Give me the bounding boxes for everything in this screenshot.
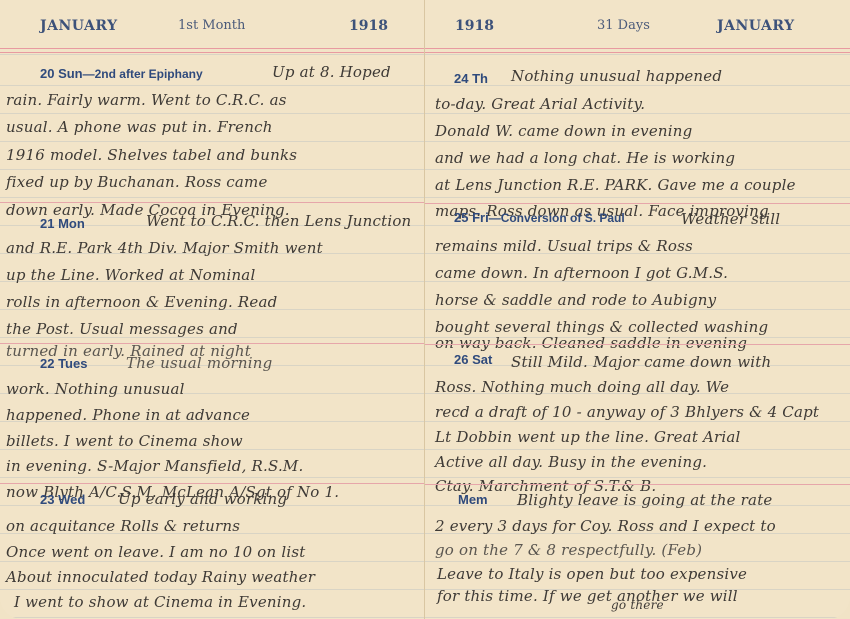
entry-line: at Lens Junction R.E. PARK. Gave me a co… bbox=[435, 171, 796, 199]
entry-line: up the Line. Worked at Nominal bbox=[6, 261, 255, 289]
day-divider bbox=[0, 483, 424, 484]
day-label-24: 24 Th bbox=[454, 71, 488, 86]
day-number: 24 Th bbox=[454, 71, 488, 86]
header-year: 1918 bbox=[349, 18, 388, 34]
entry-line: on acquitance Rolls & returns bbox=[6, 512, 240, 540]
entry-line: and R.E. Park 4th Div. Major Smith went bbox=[6, 234, 323, 262]
entry-line: usual. A phone was put in. French bbox=[6, 113, 273, 141]
entry-line: fixed up by Buchanan. Ross came bbox=[6, 168, 268, 196]
entry-line: happened. Phone in at advance bbox=[6, 401, 250, 429]
right-page: 1918 31 Days JANUARY 24 Th Nothing unusu… bbox=[425, 0, 850, 619]
entry-line: in evening. S-Major Mansfield, R.S.M. bbox=[6, 452, 303, 480]
day-divider bbox=[425, 344, 850, 345]
entry-line: rolls in afternoon & Evening. Read bbox=[6, 288, 277, 316]
entry-line: Weather still bbox=[681, 205, 780, 233]
day-label-25: 25 Fri—Conversion of S. Paul bbox=[454, 210, 625, 225]
day-label-20: 20 Sun—2nd after Epiphany bbox=[40, 66, 203, 81]
entry-line: Lt Dobbin went up the line. Great Arial bbox=[435, 423, 741, 451]
entry-line: rain. Fairly warm. Went to C.R.C. as bbox=[6, 86, 287, 114]
entry-line: Ross. Nothing much doing all day. We bbox=[435, 373, 729, 401]
entry-line: work. Nothing unusual bbox=[6, 375, 185, 403]
entry-line: came down. In afternoon I got G.M.S. bbox=[435, 259, 728, 287]
header-double-rule bbox=[425, 48, 850, 53]
entry-line: Donald W. came down in evening bbox=[435, 117, 692, 145]
left-page: JANUARY 1st Month 1918 20 Sun—2nd after … bbox=[0, 0, 425, 619]
memo-label: Mem bbox=[458, 492, 488, 507]
left-page-header: JANUARY 1st Month 1918 bbox=[0, 0, 424, 50]
day-divider bbox=[0, 202, 424, 203]
entry-line: horse & saddle and rode to Aubigny bbox=[435, 286, 716, 314]
day-number: 23 Wed bbox=[40, 492, 85, 507]
day-label-23: 23 Wed bbox=[40, 492, 85, 507]
entry-line: for this time. If we get another we will bbox=[437, 582, 738, 610]
entry-line: Up at 8. Hoped bbox=[272, 58, 391, 86]
entry-line: and we had a long chat. He is working bbox=[435, 144, 735, 172]
header-year: 1918 bbox=[455, 18, 494, 34]
day-label-22: 22 Tues bbox=[40, 356, 87, 371]
entry-line: 1916 model. Shelves tabel and bunks bbox=[6, 141, 297, 169]
header-month: JANUARY bbox=[717, 18, 795, 34]
feast-day: —2nd after Epiphany bbox=[83, 67, 203, 81]
entry-line: Nothing unusual happened bbox=[511, 62, 722, 90]
entry-line: billets. I went to Cinema show bbox=[6, 427, 243, 455]
day-number: 21 Mon bbox=[40, 216, 85, 231]
day-number: 22 Tues bbox=[40, 356, 87, 371]
entry-line: The usual morning bbox=[126, 349, 272, 377]
header-month: JANUARY bbox=[40, 18, 118, 34]
entry-line: Went to C.R.C. then Lens Junction bbox=[146, 207, 411, 235]
header-double-rule bbox=[0, 48, 424, 53]
day-number: 25 Fri bbox=[454, 210, 489, 225]
day-label-26: 26 Sat bbox=[454, 352, 492, 367]
entry-line: remains mild. Usual trips & Ross bbox=[435, 232, 693, 260]
day-divider bbox=[0, 343, 424, 344]
day-label-21: 21 Mon bbox=[40, 216, 85, 231]
entry-line: Once went on leave. I am no 10 on list bbox=[6, 538, 305, 566]
right-page-header: 1918 31 Days JANUARY bbox=[425, 0, 850, 50]
entry-line: Up early and working bbox=[118, 485, 287, 513]
day-number: 20 Sun bbox=[40, 66, 83, 81]
entry-line: Still Mild. Major came down with bbox=[511, 348, 771, 376]
day-divider bbox=[425, 484, 850, 485]
entry-line: Blighty leave is going at the rate bbox=[517, 486, 773, 514]
memo-heading: Mem bbox=[458, 492, 488, 507]
header-month-number: 1st Month bbox=[178, 18, 245, 33]
entry-line: go there bbox=[611, 596, 664, 614]
entry-line: to-day. Great Arial Activity. bbox=[435, 90, 645, 118]
entry-line: recd a draft of 10 - anyway of 3 Bhlyers… bbox=[435, 398, 819, 426]
day-divider bbox=[425, 203, 850, 204]
entry-line: About innoculated today Rainy weather bbox=[6, 563, 315, 591]
diary-spread: JANUARY 1st Month 1918 20 Sun—2nd after … bbox=[0, 0, 850, 619]
entry-line: I went to show at Cinema in Evening. bbox=[14, 588, 306, 616]
header-days: 31 Days bbox=[597, 18, 650, 33]
day-number: 26 Sat bbox=[454, 352, 492, 367]
feast-day: —Conversion of S. Paul bbox=[489, 211, 625, 225]
